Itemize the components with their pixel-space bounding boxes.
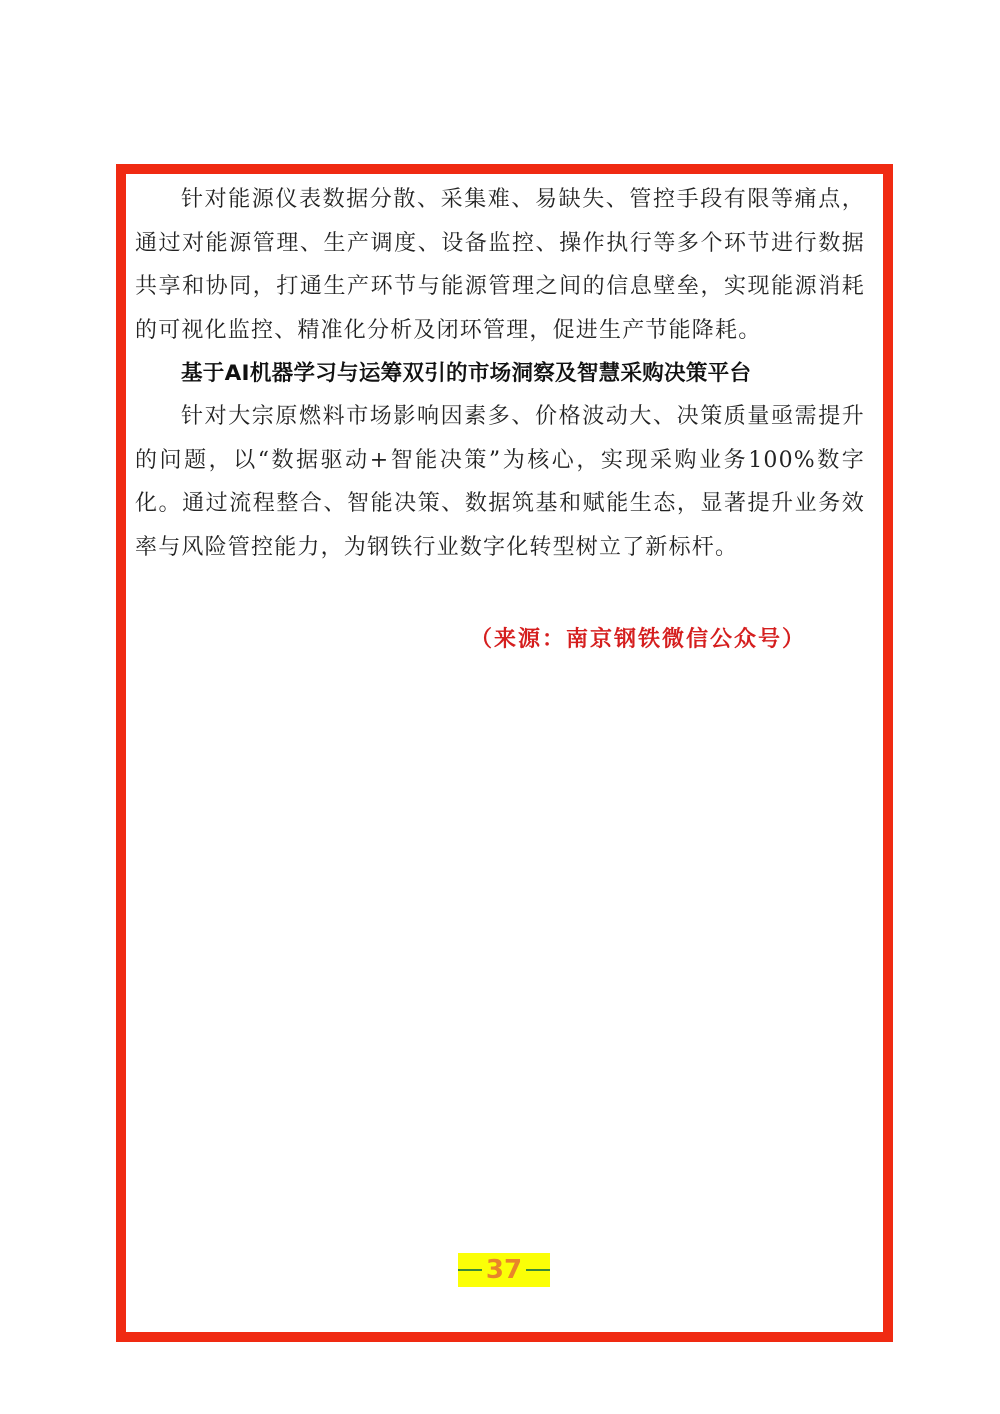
source-citation: （来源：南京钢铁微信公众号） (470, 622, 806, 653)
paragraph-energy-management: 针对能源仪表数据分散、采集难、易缺失、管控手段有限等痛点，通过对能源管理、生产调… (135, 178, 865, 352)
page-number: 37 (486, 1255, 522, 1285)
dash-right-icon (526, 1269, 550, 1271)
page-number-badge: 37 (458, 1253, 550, 1287)
document-body: 针对能源仪表数据分散、采集难、易缺失、管控手段有限等痛点，通过对能源管理、生产调… (135, 178, 865, 569)
dash-left-icon (458, 1269, 482, 1271)
paragraph-procurement-platform: 针对大宗原燃料市场影响因素多、价格波动大、决策质量亟需提升的问题，以“数据驱动+… (135, 395, 865, 569)
section-heading: 基于AI机器学习与运筹双引的市场洞察及智慧采购决策平台 (135, 352, 865, 395)
